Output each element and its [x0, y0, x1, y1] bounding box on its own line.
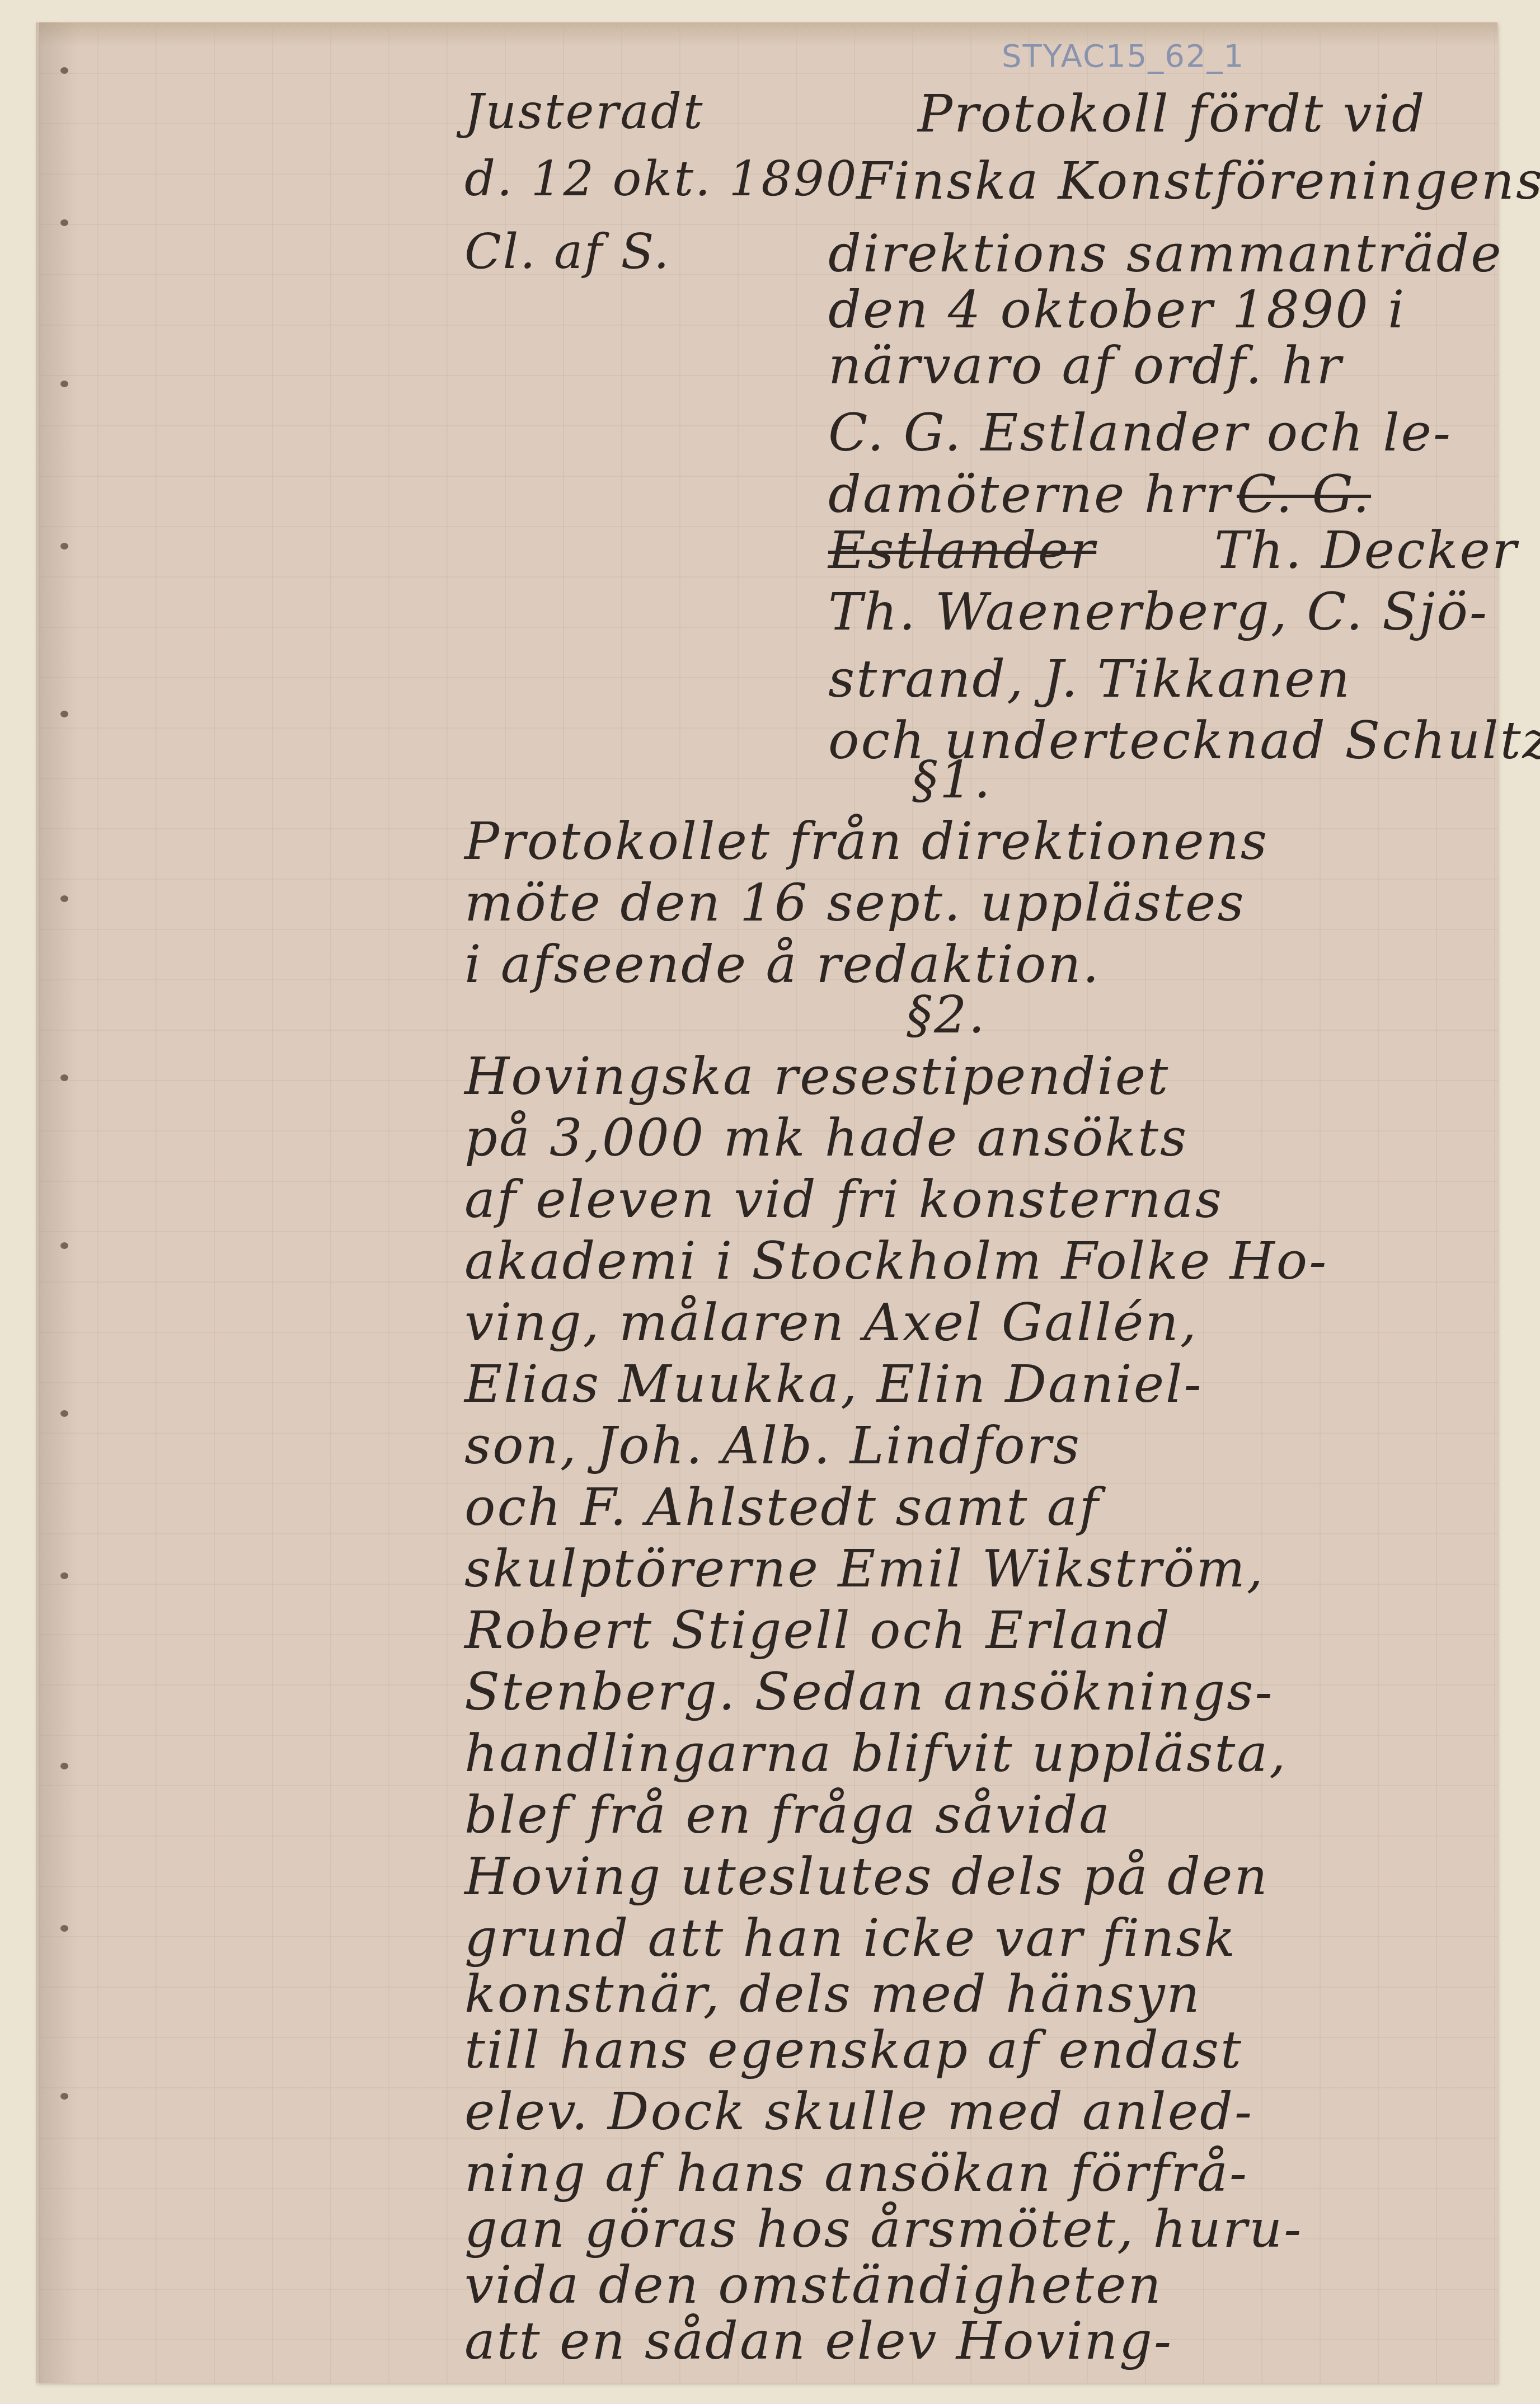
body-line: att en sådan elev Hoving- — [464, 2311, 1173, 2371]
binding-hole — [60, 2093, 68, 2100]
body-line: möte den 16 sept. upplästes — [464, 873, 1246, 933]
binding-hole — [60, 1925, 68, 1932]
binding-hole — [60, 381, 68, 387]
body-line: till hans egenskap af endast — [464, 2020, 1243, 2080]
body-line: skulptörerne Emil Wikström, — [464, 1539, 1265, 1599]
body-line: handlingarna blifvit upplästa, — [464, 1724, 1287, 1783]
body-line: Robert Stigell och Erland — [464, 1600, 1171, 1660]
attendee-line: Th. Decker — [1214, 520, 1518, 580]
binding-hole — [60, 1242, 68, 1249]
binding-hole — [60, 1572, 68, 1579]
body-line: gan göras hos årsmötet, huru- — [464, 2199, 1303, 2259]
body-line: på 3,000 mk hade ansökts — [464, 1108, 1188, 1168]
body-line: af eleven vid fri konsternas — [464, 1170, 1223, 1229]
body-line: blef frå en fråga såvida — [464, 1785, 1111, 1845]
header-line: direktions sammanträde — [828, 224, 1503, 284]
binding-hole — [60, 543, 68, 550]
section-mark: §1. — [912, 750, 992, 810]
archive-shelfmark: STYAC15_62_1 — [1002, 38, 1245, 74]
body-line: ning af hans ansökan förfrå- — [464, 2143, 1248, 2203]
attendee-line: Th. Waenerberg, C. Sjö- — [828, 582, 1489, 642]
header-line: Protokoll fördt vid — [918, 84, 1426, 144]
struck-text: Estlander — [828, 520, 1096, 580]
body-line: son, Joh. Alb. Lindfors — [464, 1416, 1081, 1476]
struck-text: C. G. — [1237, 464, 1371, 524]
body-line: Stenberg. Sedan ansöknings- — [464, 1662, 1274, 1722]
margin-note-approved: Justeradt — [464, 84, 704, 140]
body-line: Hoving uteslutes dels på den — [464, 1847, 1269, 1907]
header-line: närvaro af ordf. hr — [828, 336, 1342, 396]
binding-hole — [60, 895, 68, 902]
body-line: akademi i Stockholm Folke Ho- — [464, 1231, 1328, 1291]
body-line: vida den omständigheten — [464, 2255, 1163, 2315]
body-line: elev. Dock skulle med anled- — [464, 2082, 1253, 2142]
header-line: Finska Konstföreningens — [856, 151, 1540, 211]
body-line: och F. Ahlstedt samt af — [464, 1477, 1100, 1537]
margin-note-initials: Cl. af S. — [464, 224, 671, 280]
binding-hole — [60, 1763, 68, 1769]
body-line: grund att han icke var finsk — [464, 1908, 1237, 1968]
binding-hole — [60, 67, 68, 74]
header-line: C. G. Estlander och le- — [828, 403, 1452, 463]
header-line: den 4 oktober 1890 i — [828, 280, 1406, 340]
binding-hole — [60, 711, 68, 717]
attendee-line: strand, J. Tikkanen — [828, 649, 1351, 709]
body-line: i afseende å redaktion. — [464, 935, 1101, 994]
body-line: ving, målaren Axel Gallén, — [464, 1293, 1198, 1353]
body-line: Hovingska resestipendiet — [464, 1046, 1170, 1106]
body-line: Protokollet från direktionens — [464, 811, 1269, 871]
margin-note-date: d. 12 okt. 1890 — [464, 151, 858, 207]
body-line: Elias Muukka, Elin Daniel- — [464, 1354, 1203, 1414]
binding-hole — [60, 219, 68, 226]
body-line: konstnär, dels med hänsyn — [464, 1964, 1201, 2024]
header-line: damöterne hrr — [828, 464, 1232, 524]
section-mark: §2. — [907, 985, 987, 1045]
binding-hole — [60, 1074, 68, 1081]
binding-hole — [60, 1410, 68, 1417]
